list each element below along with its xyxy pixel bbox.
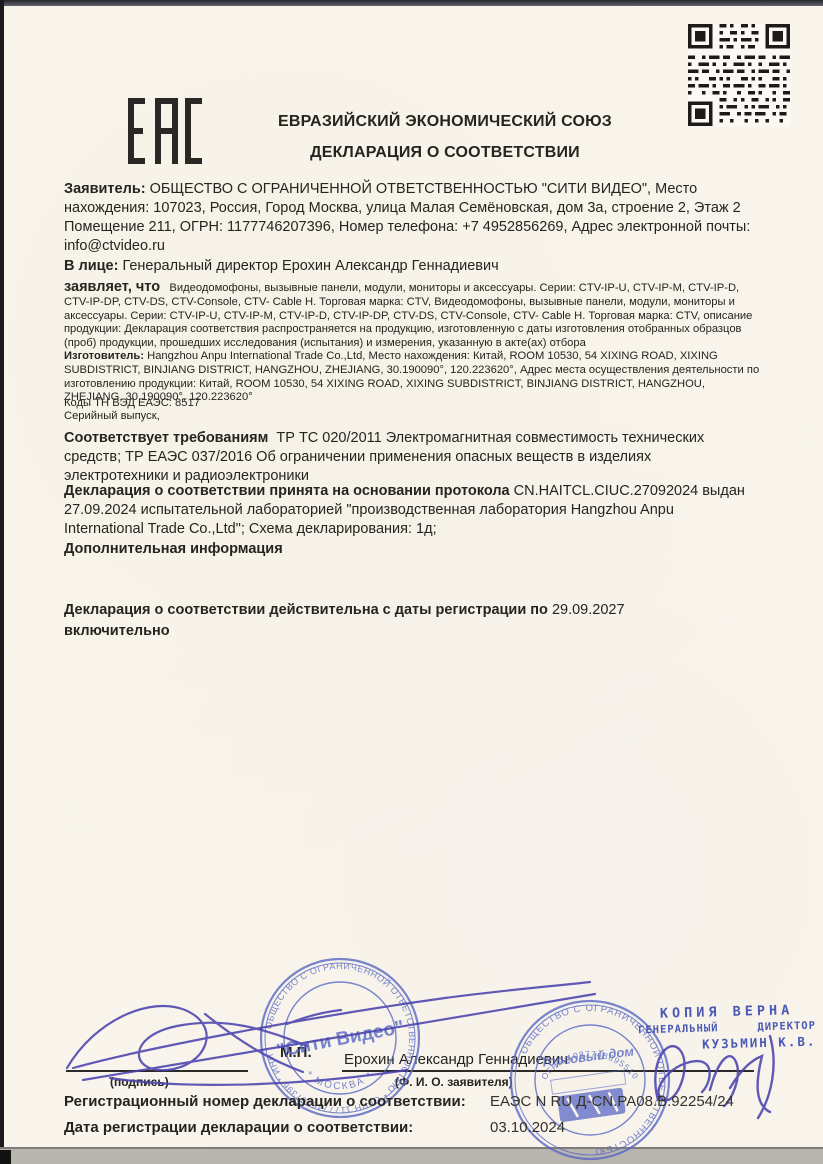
manufacturer-label: Изготовитель: (64, 350, 144, 362)
validity-section: Декларация о соответствии действительна … (64, 600, 694, 642)
applicant-text: ОБЩЕСТВО С ОГРАНИЧЕННОЙ ОТВЕТСТВЕННОСТЬЮ… (64, 181, 750, 254)
registration-number-label: Регистрационный номер декларации о соотв… (64, 1093, 466, 1110)
manufacturer-text: Hangzhou Anpu International Trade Co.,Lt… (64, 350, 759, 403)
applicant-section: Заявитель: ОБЩЕСТВО С ОГРАНИЧЕННОЙ ОТВЕТ… (64, 180, 764, 256)
validity-label: Декларация о соответствии действительна … (64, 602, 548, 618)
copy-verna-line2-left: ГЕНЕРАЛЬНЫЙ (638, 1022, 719, 1036)
tnved-codes: Коды ТН ВЭД ЕАЭС: 8517 (64, 397, 764, 411)
declares-label: заявляет, что (64, 279, 160, 295)
union-title: ЕВРАЗИЙСКИЙ ЭКОНОМИЧЕСКИЙ СОЮЗ (130, 113, 760, 131)
validity-date: 29.09.2027 (552, 602, 625, 618)
declares-section: заявляет, что Видеодомофоны, вызывные па… (64, 281, 764, 351)
copy-verna-line2-right: ДИРЕКТОР (757, 1020, 816, 1034)
copy-verna-line1: КОПИЯ ВЕРНА (637, 1002, 815, 1023)
scan-edge-bottom (0, 1147, 823, 1164)
declares-text: Видеодомофоны, вызывные панели, модули, … (64, 282, 752, 349)
registration-number-value: ЕАЭС N RU Д-CN.РА08.В.92254/24 (490, 1093, 734, 1110)
copy-verna-stamp: КОПИЯ ВЕРНА ГЕНЕРАЛЬНЫЙ ДИРЕКТОР КУЗЬМИН… (637, 1002, 816, 1054)
scan-edge-top (0, 0, 823, 6)
scan-edge-corner (0, 1150, 11, 1164)
document-header: ЕВРАЗИЙСКИЙ ЭКОНОМИЧЕСКИЙ СОЮЗ ДЕКЛАРАЦИ… (130, 113, 760, 162)
additional-info-label: Дополнительная информация (64, 540, 764, 559)
scan-edge-left (0, 0, 4, 1164)
representative-label: В лице: (64, 258, 118, 274)
declaration-document: ЕВРАЗИЙСКИЙ ЭКОНОМИЧЕСКИЙ СОЮЗ ДЕКЛАРАЦИ… (0, 0, 823, 1164)
representative-section: В лице: Генеральный директор Ерохин Алек… (64, 257, 764, 276)
document-title: ДЕКЛАРАЦИЯ О СООТВЕТСТВИИ (130, 144, 760, 162)
qr-code (688, 24, 790, 126)
applicant-label: Заявитель: (64, 181, 146, 197)
compliance-section: Соответствует требованиям ТР ТС 020/2011… (64, 429, 754, 486)
registration-date-value: 03.10.2024 (490, 1119, 565, 1136)
basis-section: Декларация о соответствии принята на осн… (64, 482, 754, 539)
registration-date-label: Дата регистрации декларации о соответств… (64, 1119, 413, 1136)
compliance-label: Соответствует требованиям (64, 430, 268, 446)
serial-note: Серийный выпуск, (64, 410, 764, 424)
validity-suffix: включительно (64, 623, 170, 639)
representative-text: Генеральный директор Ерохин Александр Ге… (122, 258, 498, 274)
basis-label: Декларация о соответствии принята на осн… (64, 483, 510, 499)
applicant-signature (55, 950, 615, 1100)
